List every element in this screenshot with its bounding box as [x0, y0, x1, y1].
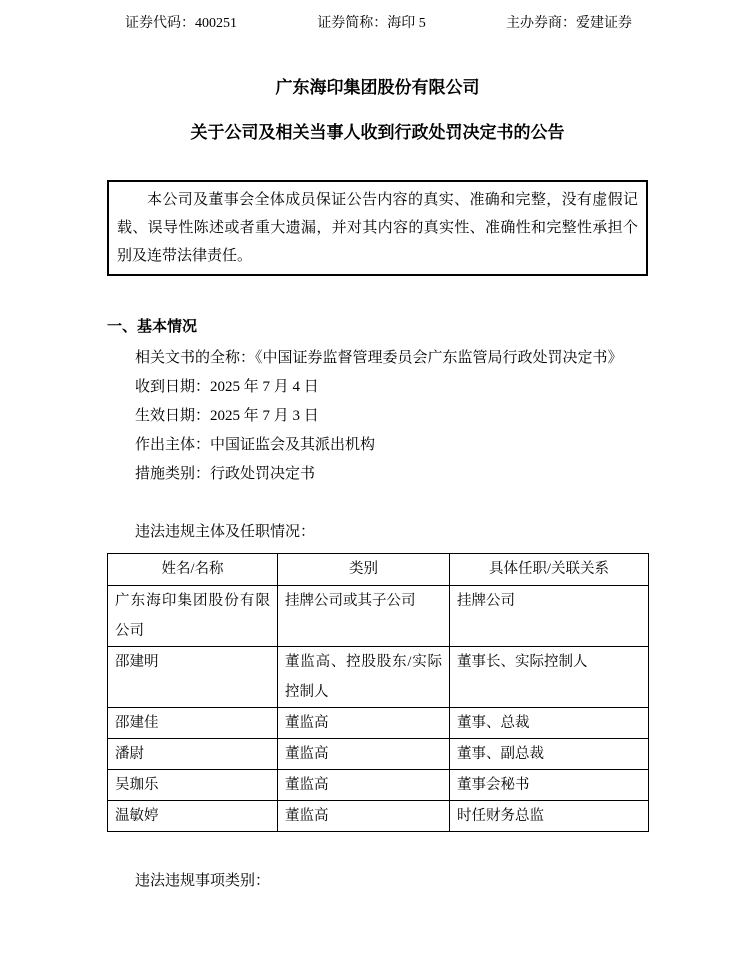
violation-subjects-table: 姓名/名称 类别 具体任职/关联关系 广东海印集团股份有限公司 挂牌公司或其子公… — [107, 553, 649, 832]
company-name-title: 广东海印集团股份有限公司 — [107, 77, 648, 99]
cell-name: 吴珈乐 — [108, 770, 278, 801]
table-row: 潘尉 董监高 董事、副总裁 — [108, 739, 649, 770]
cell-position: 董事、总裁 — [450, 708, 649, 739]
receive-date-line: 收到日期：2025 年 7 月 4 日 — [135, 373, 648, 402]
cell-position: 董事长、实际控制人 — [450, 647, 649, 708]
stock-short-name: 证券简称：海印 5 — [317, 14, 426, 33]
section-heading-basic-info: 一、基本情况 — [107, 316, 648, 338]
stock-code-value: 400251 — [195, 16, 237, 31]
cell-category: 董监高 — [278, 770, 450, 801]
basic-info-lines: 相关文书的全称：《中国证券监督管理委员会广东监管局行政处罚决定书》 收到日期：2… — [107, 344, 648, 489]
stock-code-label: 证券代码： — [125, 16, 195, 31]
securities-header-bar: 证券代码：400251 证券简称：海印 5 主办券商：爱建证券 — [107, 0, 648, 33]
effective-date-line: 生效日期：2025 年 7 月 3 日 — [135, 402, 648, 431]
measure-type-line: 措施类别：行政处罚决定书 — [135, 460, 648, 489]
table-row: 邵建佳 董监高 董事、总裁 — [108, 708, 649, 739]
table-header-row: 姓名/名称 类别 具体任职/关联关系 — [108, 554, 649, 586]
column-header-position: 具体任职/关联关系 — [450, 554, 649, 586]
cell-name: 广东海印集团股份有限公司 — [108, 586, 278, 647]
sponsor-broker-label: 主办券商： — [506, 16, 576, 31]
column-header-name: 姓名/名称 — [108, 554, 278, 586]
table-row: 吴珈乐 董监高 董事会秘书 — [108, 770, 649, 801]
cell-category: 董监高 — [278, 801, 450, 832]
cell-position: 时任财务总监 — [450, 801, 649, 832]
violation-subjects-intro: 违法违规主体及任职情况： — [107, 521, 648, 543]
cell-position: 挂牌公司 — [450, 586, 649, 647]
table-row: 邵建明 董监高、控股股东/实际控制人 董事长、实际控制人 — [108, 647, 649, 708]
cell-name: 邵建明 — [108, 647, 278, 708]
sponsor-broker-value: 爱建证券 — [576, 16, 632, 31]
disclaimer-text: 本公司及董事会全体成员保证公告内容的真实、准确和完整，没有虚假记载、误导性陈述或… — [117, 186, 638, 270]
disclaimer-box: 本公司及董事会全体成员保证公告内容的真实、准确和完整，没有虚假记载、误导性陈述或… — [107, 180, 648, 276]
issuing-authority-line: 作出主体：中国证监会及其派出机构 — [135, 431, 648, 460]
cell-position: 董事、副总裁 — [450, 739, 649, 770]
doc-full-name-line: 相关文书的全称：《中国证券监督管理委员会广东监管局行政处罚决定书》 — [135, 344, 648, 373]
column-header-category: 类别 — [278, 554, 450, 586]
announcement-title: 关于公司及相关当事人收到行政处罚决定书的公告 — [107, 122, 648, 144]
sponsor-broker: 主办券商：爱建证券 — [506, 14, 632, 33]
cell-category: 董监高 — [278, 708, 450, 739]
cell-name: 潘尉 — [108, 739, 278, 770]
violation-category-intro: 违法违规事项类别： — [107, 870, 648, 892]
cell-position: 董事会秘书 — [450, 770, 649, 801]
document-body: 证券代码：400251 证券简称：海印 5 主办券商：爱建证券 广东海印集团股份… — [107, 0, 648, 892]
cell-category: 董监高 — [278, 739, 450, 770]
table-row: 温敏婷 董监高 时任财务总监 — [108, 801, 649, 832]
table-row: 广东海印集团股份有限公司 挂牌公司或其子公司 挂牌公司 — [108, 586, 649, 647]
cell-name: 温敏婷 — [108, 801, 278, 832]
stock-code: 证券代码：400251 — [125, 14, 237, 33]
announcement-document-page: 证券代码：400251 证券简称：海印 5 主办券商：爱建证券 广东海印集团股份… — [0, 0, 745, 955]
cell-category: 挂牌公司或其子公司 — [278, 586, 450, 647]
stock-short-name-value: 海印 5 — [387, 16, 426, 31]
stock-short-name-label: 证券简称： — [317, 16, 387, 31]
cell-category: 董监高、控股股东/实际控制人 — [278, 647, 450, 708]
cell-name: 邵建佳 — [108, 708, 278, 739]
